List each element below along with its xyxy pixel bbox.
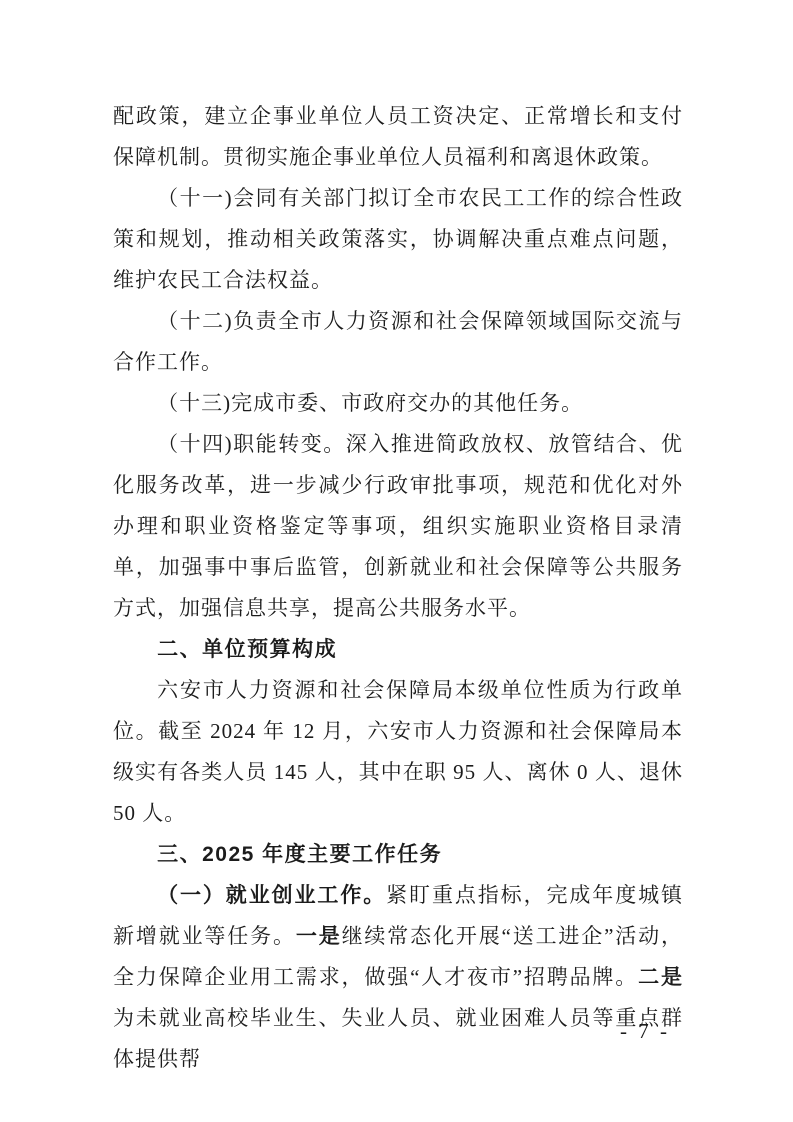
paragraph: 配政策，建立企事业单位人员工资决定、正常增长和支付保障机制。贯彻实施企事业单位人…: [113, 96, 683, 178]
text-run: （十三)完成市委、市政府交办的其他任务。: [157, 391, 583, 415]
bold-text-run: （一）就业创业工作。: [157, 883, 386, 907]
section-heading: 二、单位预算构成: [113, 629, 683, 670]
section-heading: 三、2025 年度主要工作任务: [113, 834, 683, 875]
bold-text-run: 二、单位预算构成: [157, 638, 337, 661]
paragraph: 六安市人力资源和社会保障局本级单位性质为行政单位。截至 2024 年 12 月，…: [113, 670, 683, 834]
bold-text-run: 二是: [638, 965, 683, 989]
document-page: 配政策，建立企事业单位人员工资决定、正常增长和支付保障机制。贯彻实施企事业单位人…: [0, 0, 793, 1122]
text-run: 配政策，建立企事业单位人员工资决定、正常增长和支付保障机制。贯彻实施企事业单位人…: [113, 104, 683, 169]
text-run: （十二)负责全市人力资源和社会保障领域国际交流与合作工作。: [113, 309, 683, 374]
document-body: 配政策，建立企事业单位人员工资决定、正常增长和支付保障机制。贯彻实施企事业单位人…: [113, 96, 683, 1080]
paragraph: （十一)会同有关部门拟订全市农民工工作的综合性政策和规划，推动相关政策落实，协调…: [113, 178, 683, 301]
text-run: 为未就业高校毕业生、失业人员、就业困难人员等重点群体提供帮: [113, 1006, 683, 1071]
paragraph: （十四)职能转变。深入推进简政放权、放管结合、优化服务改革，进一步减少行政审批事…: [113, 424, 683, 629]
text-run: （十四)职能转变。深入推进简政放权、放管结合、优化服务改革，进一步减少行政审批事…: [113, 432, 683, 620]
paragraph: （十三)完成市委、市政府交办的其他任务。: [113, 383, 683, 424]
text-run: 六安市人力资源和社会保障局本级单位性质为行政单位。截至 2024 年 12 月，…: [113, 678, 683, 825]
bold-text-run: 三、2025 年度主要工作任务: [157, 843, 442, 866]
text-run: （十一)会同有关部门拟订全市农民工工作的综合性政策和规划，推动相关政策落实，协调…: [113, 186, 683, 292]
bold-text-run: 一是: [296, 924, 342, 948]
paragraph: （一）就业创业工作。紧盯重点指标，完成年度城镇新增就业等任务。一是继续常态化开展…: [113, 875, 683, 1080]
paragraph: （十二)负责全市人力资源和社会保障领域国际交流与合作工作。: [113, 301, 683, 383]
page-number: - 7 -: [620, 1019, 670, 1044]
